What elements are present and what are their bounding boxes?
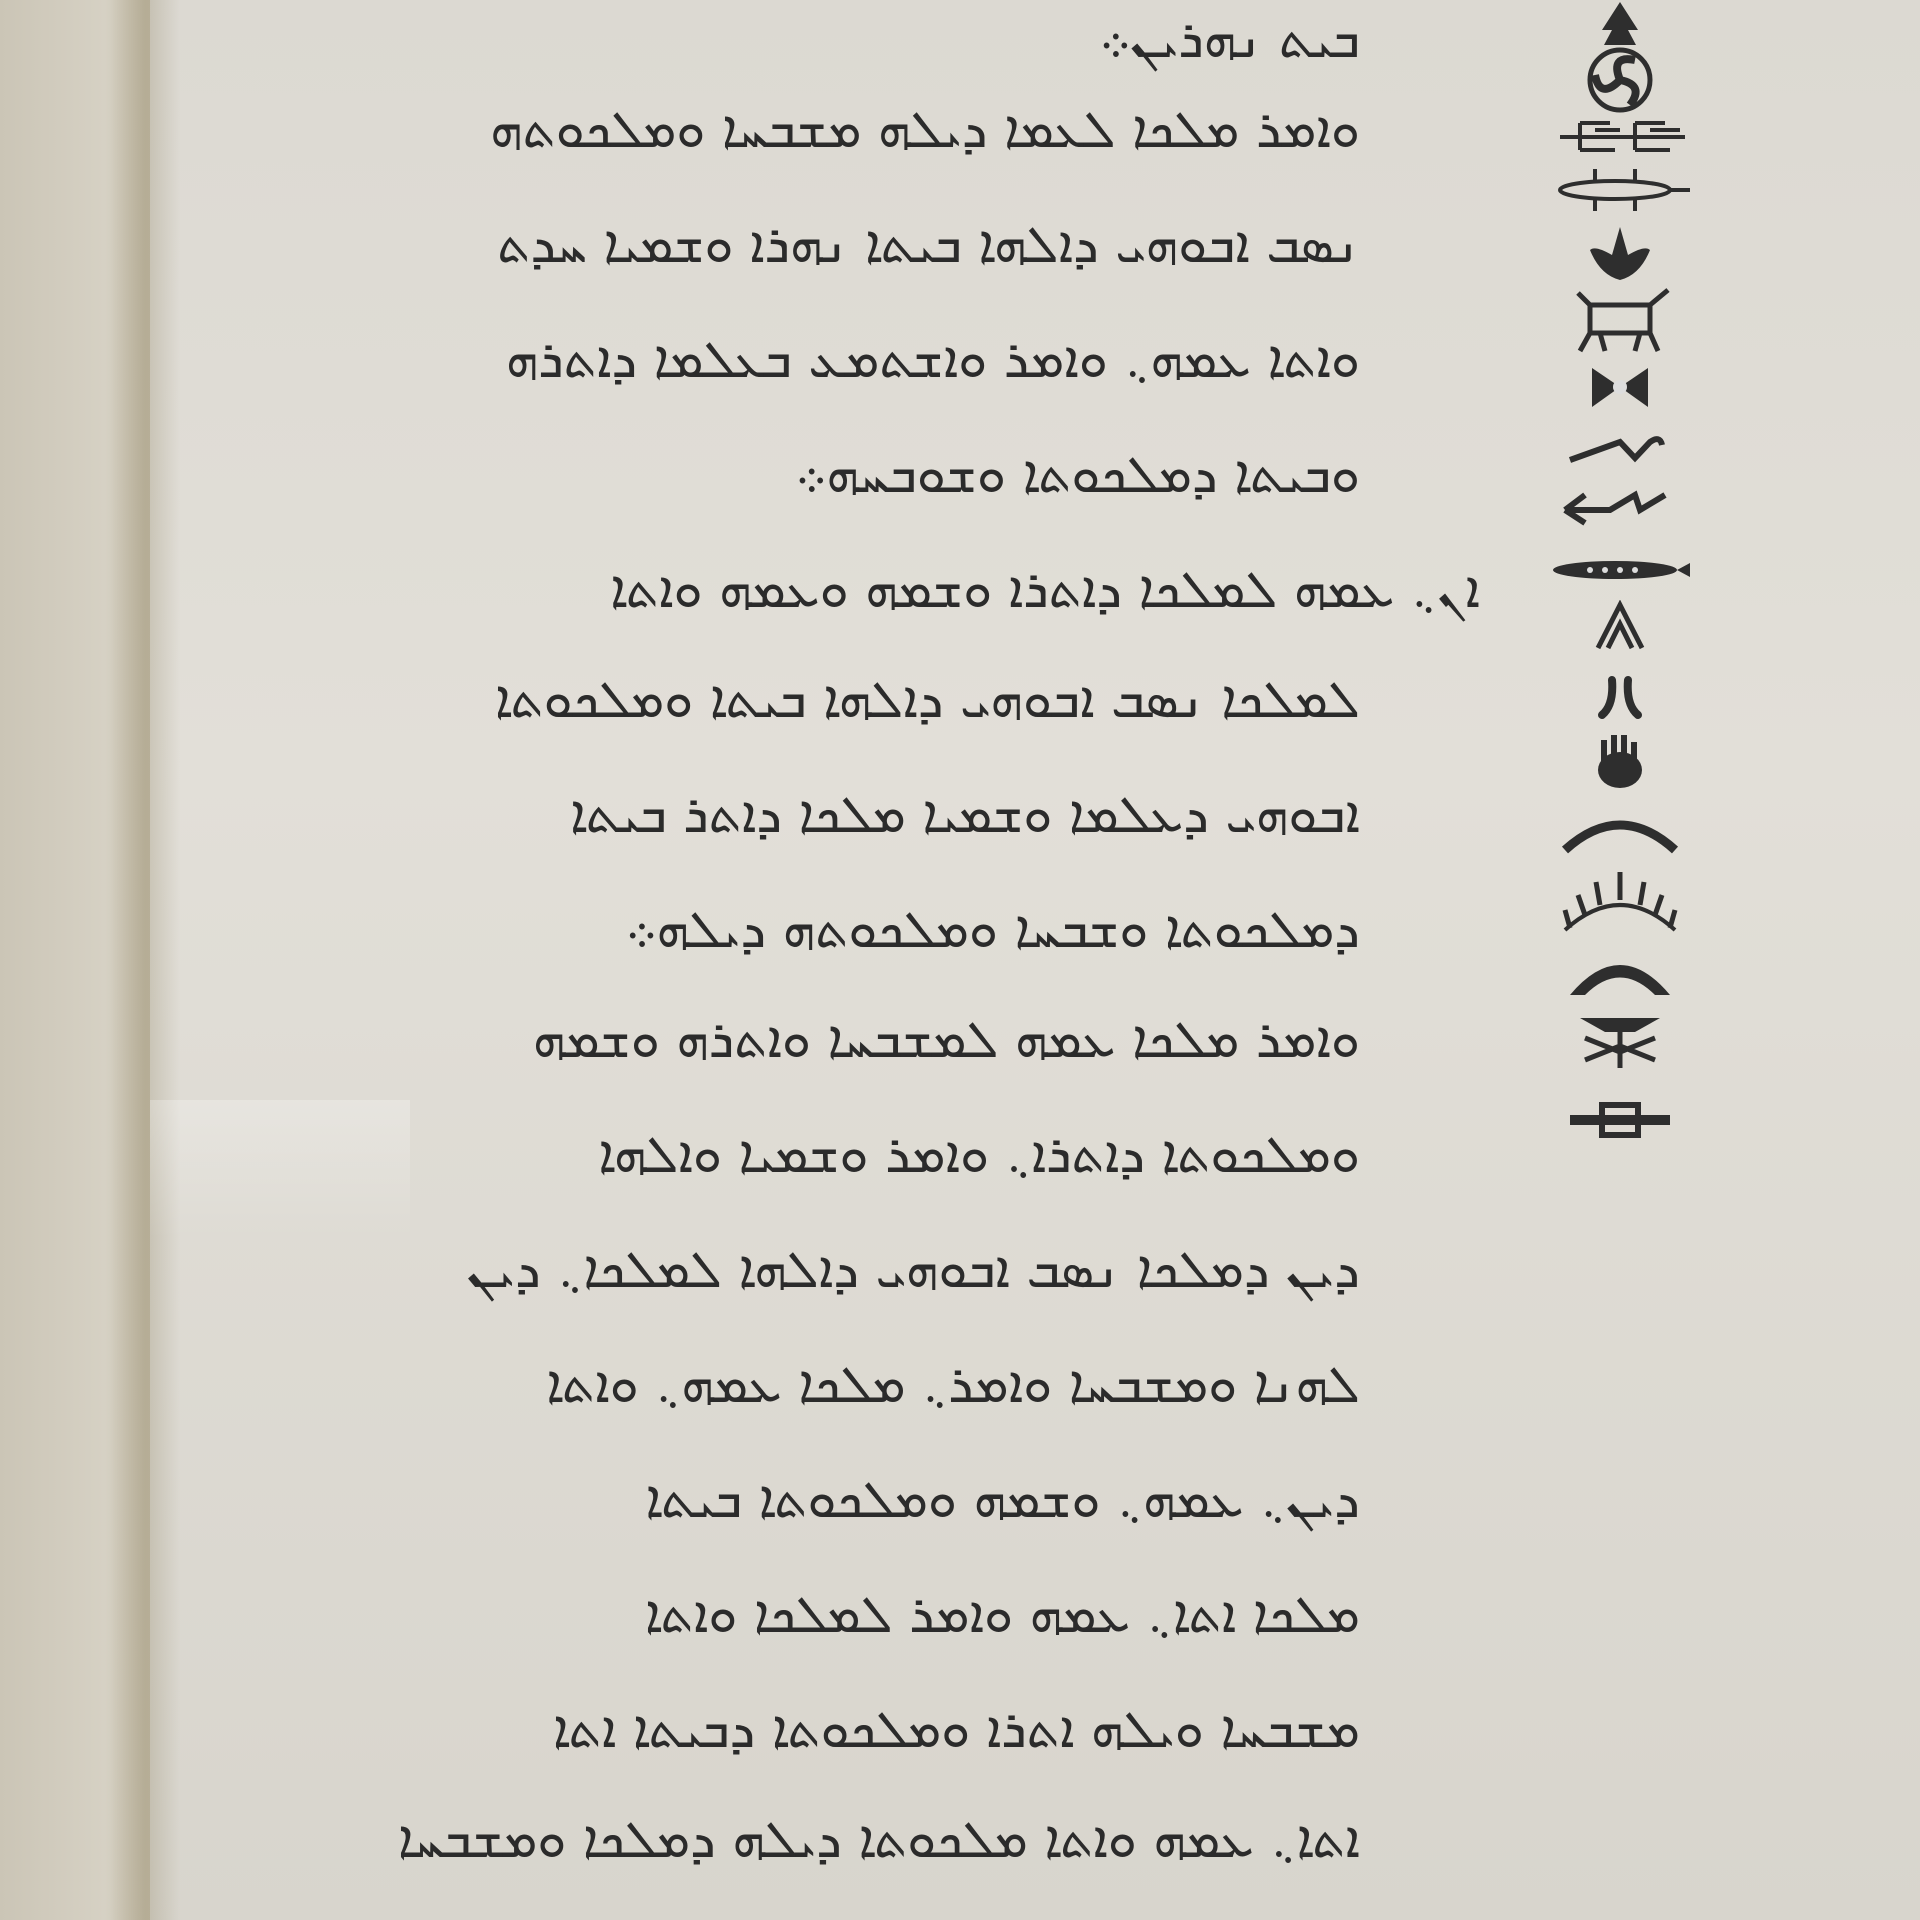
ladder-branch-icon (1540, 115, 1700, 160)
text-line: ܐܒܘܗܝ ܕܥܠܡܐ ܘܫܡܝܐ ܡܠܟܐ ܕܐܬܪ ܒܝܬܐ (570, 785, 1360, 846)
text-line: ܒܝܬ ܢܗܪܝܢ܀ (1099, 10, 1360, 71)
text-line: ܕܡܠܟܘܬܐ ܘܫܒܚܐ ܘܡܠܟܘܬܗ ܕܝܠܗ܀ (625, 900, 1360, 961)
flame-plant-icon (1540, 225, 1700, 285)
text-line: ܠܡܠܟܐ ܢܣܒ ܐܒܘܗܝ ܕܐܠܗܐ ܒܝܬܐ ܘܡܠܟܘܬܐ (495, 670, 1360, 731)
sunrise-rays-icon (1540, 860, 1700, 935)
triskelion-circle-icon (1540, 45, 1700, 115)
text-line: ܢܣܒ ܐܒܘܗܝ ܕܐܠܗܐ ܒܝܬܐ ܢܗܪܐ ܘܫܡܝܐ ܚܕܬ (497, 215, 1360, 276)
text-line: ܘܡܠܟܘܬܐ ܕܐܬܪܐ܆ ܘܐܡܪ ܘܫܡܝܐ ܘܐܠܗܐ (598, 1125, 1360, 1186)
text-line: ܘܐܬܐ ܥܡܗ܆ ܘܐܡܪ ܘܐܫܬܡܥ ܒܥܠܡܐ ܕܐܬܪܗ (506, 330, 1360, 391)
horse-icon (1540, 285, 1700, 355)
fish-dotted-icon (1540, 555, 1700, 585)
headdress-arc-icon (1540, 940, 1700, 1000)
thunderbird-icon (1540, 1010, 1700, 1070)
serpent-arrow-icon (1540, 485, 1700, 530)
text-line: ܐܬܐ܆ ܥܡܗ ܘܐܬܐ ܡܠܟܘܬܐ ܕܝܠܗ ܕܡܠܟܐ ܘܡܫܒܚܐ (398, 1810, 1360, 1871)
hand-print-icon (1540, 730, 1700, 790)
arrow-up-icon (1540, 0, 1700, 50)
text-line: ܡܠܟܐ ܐܬܐ܆ ܥܡܗ ܘܐܡܪ ܠܡܠܟܐ ܘܐܬܐ (645, 1585, 1360, 1646)
chevron-icon (1540, 600, 1700, 650)
footprints-icon (1540, 675, 1700, 720)
paper-fold (150, 1100, 410, 1240)
text-line: ܠܗܢܐ ܘܡܫܒܚܐ ܘܐܡܪ܆ ܡܠܟܐ ܥܡܗ܆ ܘܐܬܐ (546, 1355, 1360, 1416)
margin-symbol-column (1540, 0, 1700, 1150)
text-line: ܘܐܡܪ ܡܠܟܐ ܠܥܡܐ ܕܝܠܗ ܡܫܒܚܐ ܘܡܠܟܘܬܗ (490, 100, 1360, 161)
text-line: ܡܫܒܚܐ ܘܝܠܗ ܐܬܪܐ ܘܡܠܟܘܬܐ ܕܒܝܬܐ ܐܬܐ (553, 1700, 1360, 1761)
text-line: ܕܝܢ܆ ܥܡܗ܆ ܘܫܡܗ ܘܡܠܟܘܬܐ ܒܝܬܐ (645, 1470, 1360, 1531)
lizard-icon (1540, 165, 1700, 215)
zigzag-arc-icon (1540, 810, 1700, 855)
text-line: ܘܒܝܬܐ ܕܡܠܟܘܬܐ ܘܫܘܒܚܗ܀ (795, 445, 1360, 506)
text-line: ܕܝܢ ܕܡܠܟܐ ܢܣܒ ܐܒܘܗܝ ܕܐܠܗܐ ܠܡܠܟܐ܆ ܕܝܢ (467, 1240, 1360, 1301)
text-line: ܘܐܡܪ ܡܠܟܐ ܥܡܗ ܠܡܫܒܚܐ ܘܐܬܪܗ ܘܫܡܗ (533, 1010, 1360, 1071)
book-gutter-shadow (110, 0, 180, 1920)
knot-bar-icon (1540, 1100, 1700, 1140)
text-line: ܐܢ܆ ܥܡܗ ܠܡܠܟܐ ܕܐܬܪܐ ܘܫܡܗ ܘܥܡܗ ܘܐܬܐ (610, 560, 1480, 621)
bird-icon (1540, 430, 1700, 470)
bowtie-icon (1540, 365, 1700, 410)
